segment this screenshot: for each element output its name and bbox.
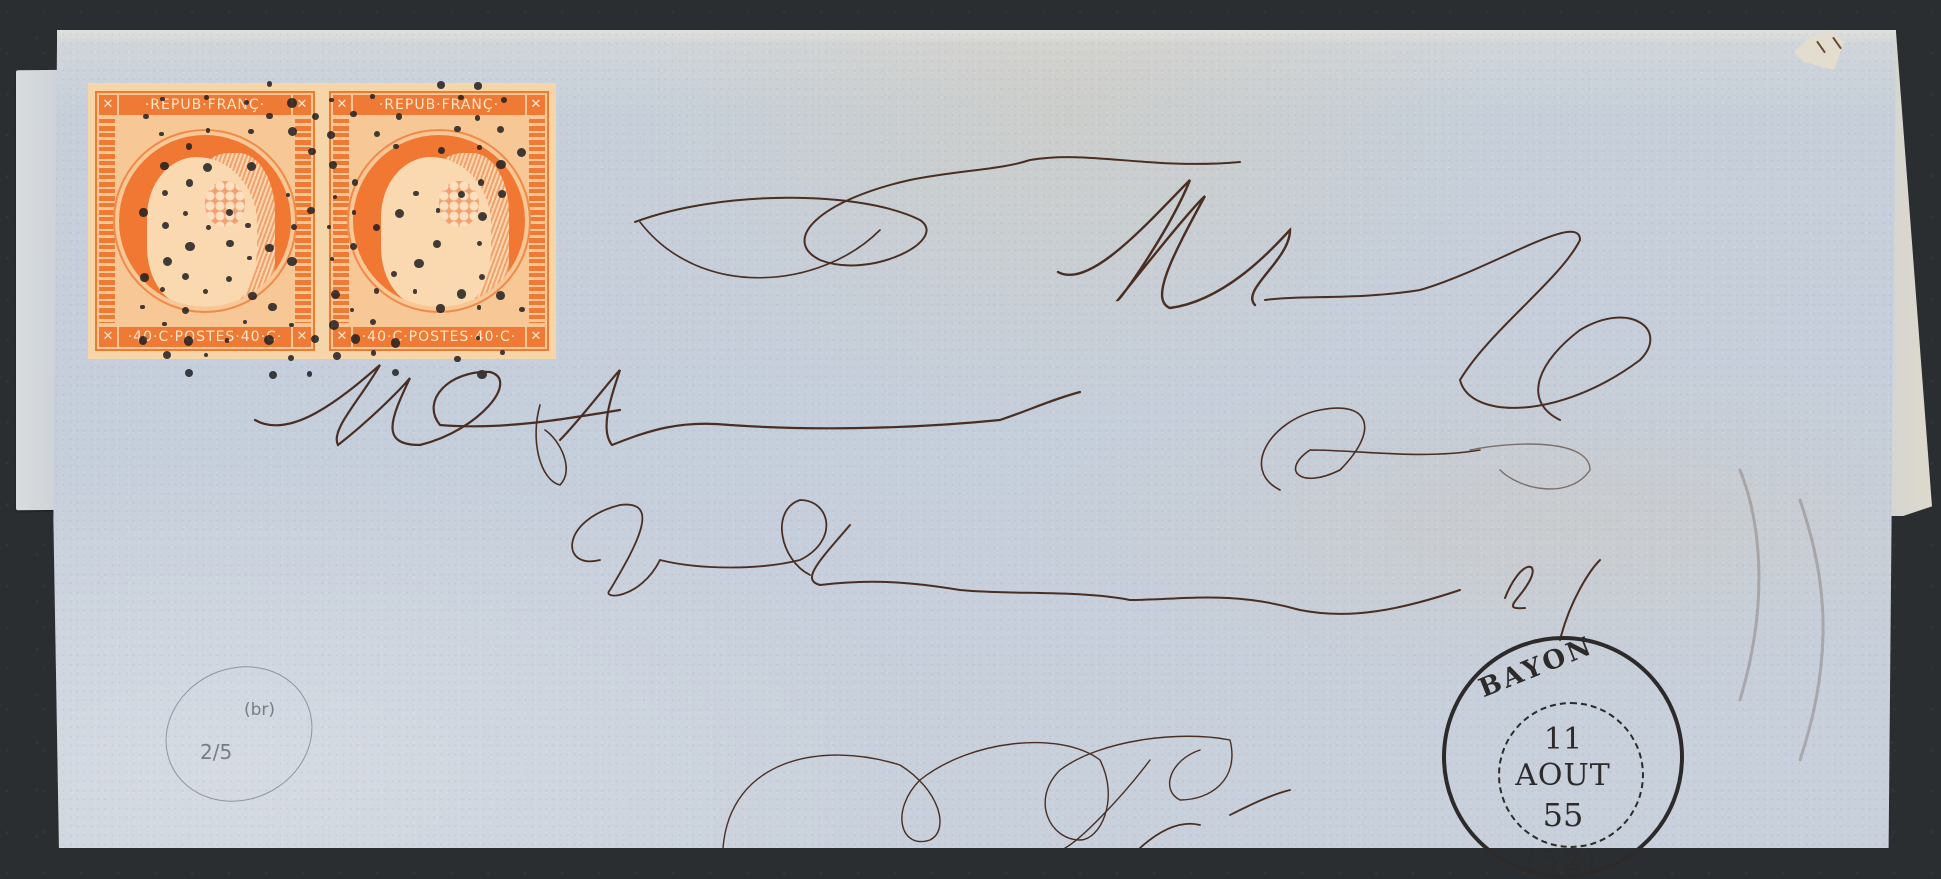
cancel-dot bbox=[478, 179, 484, 185]
postmark-department: (52) bbox=[1446, 844, 1680, 877]
corner-x-icon: ✕ bbox=[99, 327, 117, 347]
corner-x-icon: ✕ bbox=[527, 95, 545, 115]
cancel-dot bbox=[248, 292, 257, 301]
pencil-note: 2/5 bbox=[200, 740, 232, 764]
cancel-dot bbox=[327, 225, 331, 229]
cancel-dot bbox=[393, 144, 398, 149]
cancel-dot bbox=[436, 304, 444, 312]
cancel-dot bbox=[500, 350, 505, 355]
cancel-dot bbox=[287, 98, 297, 108]
cancel-dot bbox=[140, 305, 144, 309]
corner-x-icon: ✕ bbox=[527, 327, 545, 347]
cancel-dot bbox=[370, 94, 375, 99]
cancel-dot bbox=[206, 225, 211, 230]
cancel-dot bbox=[496, 291, 505, 300]
stamp-value-label: ·40·C·POSTES·40·C· bbox=[353, 327, 525, 347]
cancel-dot bbox=[267, 81, 273, 87]
stamp-country-label: ·REPUB·FRANÇ· bbox=[353, 95, 525, 115]
corner-x-icon: ✕ bbox=[99, 95, 117, 115]
cancel-dot bbox=[370, 319, 376, 325]
cancel-dot bbox=[204, 353, 208, 357]
cancel-dot bbox=[391, 271, 397, 277]
greek-key-border bbox=[99, 119, 115, 323]
cancel-dot bbox=[396, 113, 402, 119]
cancel-dot bbox=[373, 224, 380, 231]
cancel-dot bbox=[474, 82, 481, 89]
cancel-dot bbox=[139, 208, 147, 216]
cancel-dot bbox=[226, 209, 233, 216]
postmark-year: 55 bbox=[1446, 796, 1680, 834]
greek-key-border bbox=[529, 119, 545, 323]
cancel-dot bbox=[203, 289, 208, 294]
stamp-left: ✕ ✕ ✕ ✕ ·REPUB·FRANÇ· ·40·C·POSTES·40·C· bbox=[88, 83, 322, 359]
stamp-right: ✕ ✕ ✕ ✕ ·REPUB·FRANÇ· ·40·C·POSTES·40·C· bbox=[322, 83, 556, 359]
pencil-note-sub: (br) bbox=[244, 700, 275, 720]
cancel-dot bbox=[475, 115, 480, 120]
cancel-dot bbox=[391, 338, 401, 348]
cancel-dot bbox=[454, 126, 460, 132]
cancel-dot bbox=[308, 148, 316, 156]
cancel-dot bbox=[163, 351, 171, 359]
cancel-dot bbox=[454, 356, 460, 362]
cancel-dot bbox=[333, 352, 341, 360]
corner-x-icon: ✕ bbox=[333, 95, 351, 115]
cancel-dot bbox=[143, 114, 149, 120]
postmark-day: 11 bbox=[1446, 722, 1680, 757]
cancel-dot bbox=[329, 320, 339, 330]
cancel-dot bbox=[392, 369, 399, 376]
cancel-dot bbox=[206, 128, 210, 132]
cancel-dot bbox=[291, 224, 297, 230]
cancel-dot bbox=[496, 160, 505, 169]
cancel-dot bbox=[287, 257, 297, 267]
cancel-dot bbox=[139, 336, 148, 345]
cancel-dot bbox=[414, 259, 423, 268]
corner-x-icon: ✕ bbox=[293, 327, 311, 347]
cancel-dot bbox=[266, 113, 273, 120]
cancel-dot bbox=[351, 334, 360, 343]
cancel-dot bbox=[288, 355, 294, 361]
cancel-dot bbox=[374, 288, 379, 293]
cancel-dot bbox=[162, 322, 167, 327]
stamp-pair: ✕ ✕ ✕ ✕ ·REPUB·FRANÇ· ·40·C·POSTES·40·C·… bbox=[88, 83, 556, 359]
cancel-dot bbox=[477, 145, 482, 150]
cancel-dot bbox=[268, 303, 277, 312]
cancel-dot bbox=[329, 161, 337, 169]
cancel-dot bbox=[307, 207, 315, 215]
cancel-dot bbox=[289, 323, 293, 327]
cancel-dot bbox=[160, 97, 164, 101]
cancel-dot bbox=[477, 241, 482, 246]
cancel-dot bbox=[458, 95, 463, 100]
postmark-month: AOUT bbox=[1446, 758, 1680, 793]
cancel-dot bbox=[350, 308, 354, 312]
bayon-datestamp: BAYON 11 AOUT 55 (52) bbox=[1442, 636, 1684, 878]
corner-x-icon: ✕ bbox=[333, 327, 351, 347]
cancel-dot bbox=[352, 210, 357, 215]
cancel-dot bbox=[183, 211, 188, 216]
cancel-dot bbox=[248, 129, 254, 135]
cancel-dot bbox=[519, 307, 525, 313]
cancel-dot bbox=[226, 276, 232, 282]
cancel-dot bbox=[413, 289, 418, 294]
cancel-dot bbox=[436, 208, 441, 213]
cancel-dot bbox=[329, 98, 334, 103]
cancel-dot bbox=[160, 162, 169, 171]
cancel-dot bbox=[265, 244, 274, 253]
cancel-dot bbox=[350, 111, 356, 117]
cancel-dot bbox=[225, 338, 229, 342]
cancel-dot bbox=[140, 273, 149, 282]
cancel-dot bbox=[352, 179, 358, 185]
